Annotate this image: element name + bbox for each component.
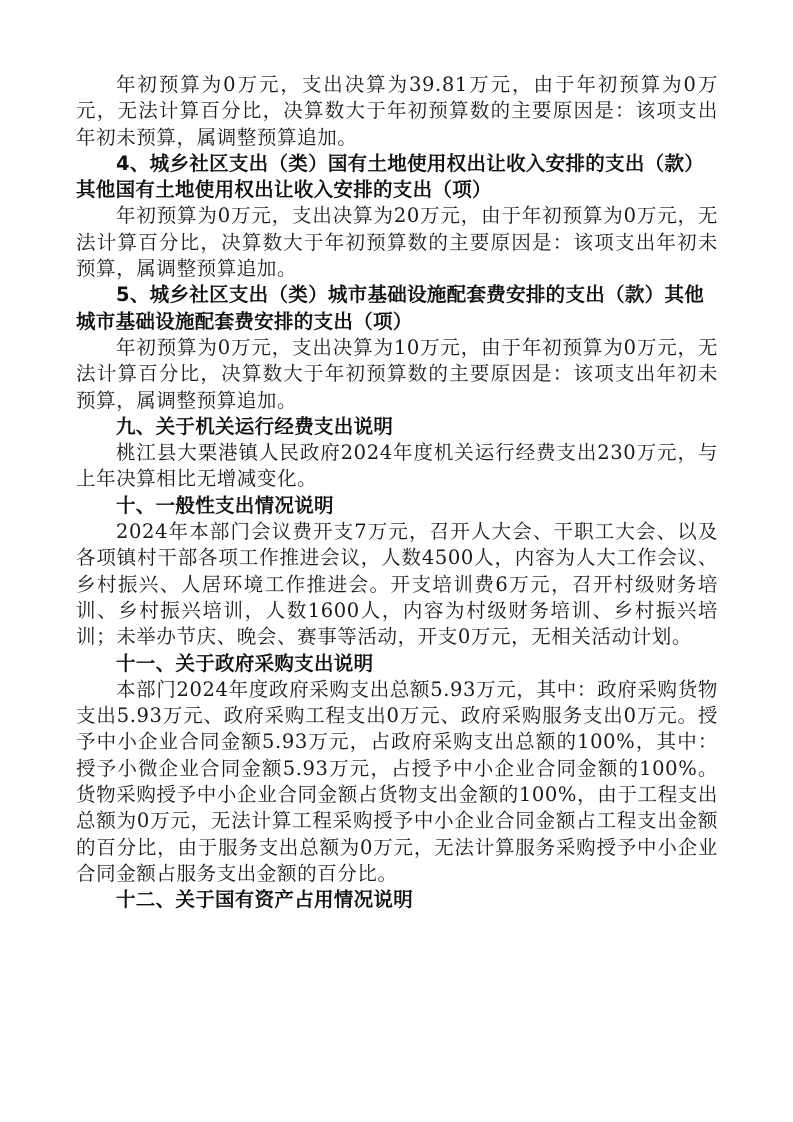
- paragraph-section-11: 本部门2024年度政府采购支出总额5.93万元，其中：政府采购货物支出5.93万…: [76, 677, 718, 887]
- paragraph-item4-budget: 年初预算为0万元，支出决算为20万元，由于年初预算为0万元，无法计算百分比，决算…: [76, 203, 718, 282]
- paragraph-item5-budget: 年初预算为0万元，支出决算为10万元，由于年初预算为0万元，无法计算百分比，决算…: [76, 335, 718, 414]
- heading-section-9: 九、关于机关运行经费支出说明: [76, 414, 718, 440]
- paragraph-section-10: 2024年本部门会议费开支7万元，召开人大会、干职工大会、以及各项镇村干部各项工…: [76, 519, 718, 650]
- document-page: 年初预算为0万元，支出决算为39.81万元，由于年初预算为0万元，无法计算百分比…: [76, 72, 718, 914]
- heading-section-12: 十二、关于国有资产占用情况说明: [76, 887, 718, 913]
- paragraph-item3-budget: 年初预算为0万元，支出决算为39.81万元，由于年初预算为0万元，无法计算百分比…: [76, 72, 718, 151]
- heading-section-10: 十、一般性支出情况说明: [76, 493, 718, 519]
- heading-section-11: 十一、关于政府采购支出说明: [76, 651, 718, 677]
- heading-item5: 5、城乡社区支出（类）城市基础设施配套费安排的支出（款）其他城市基础设施配套费安…: [76, 282, 718, 335]
- heading-item4: 4、城乡社区支出（类）国有土地使用权出让收入安排的支出（款）其他国有土地使用权出…: [76, 151, 718, 204]
- paragraph-section-9: 桃江县大栗港镇人民政府2024年度机关运行经费支出230万元，与上年决算相比无增…: [76, 440, 718, 493]
